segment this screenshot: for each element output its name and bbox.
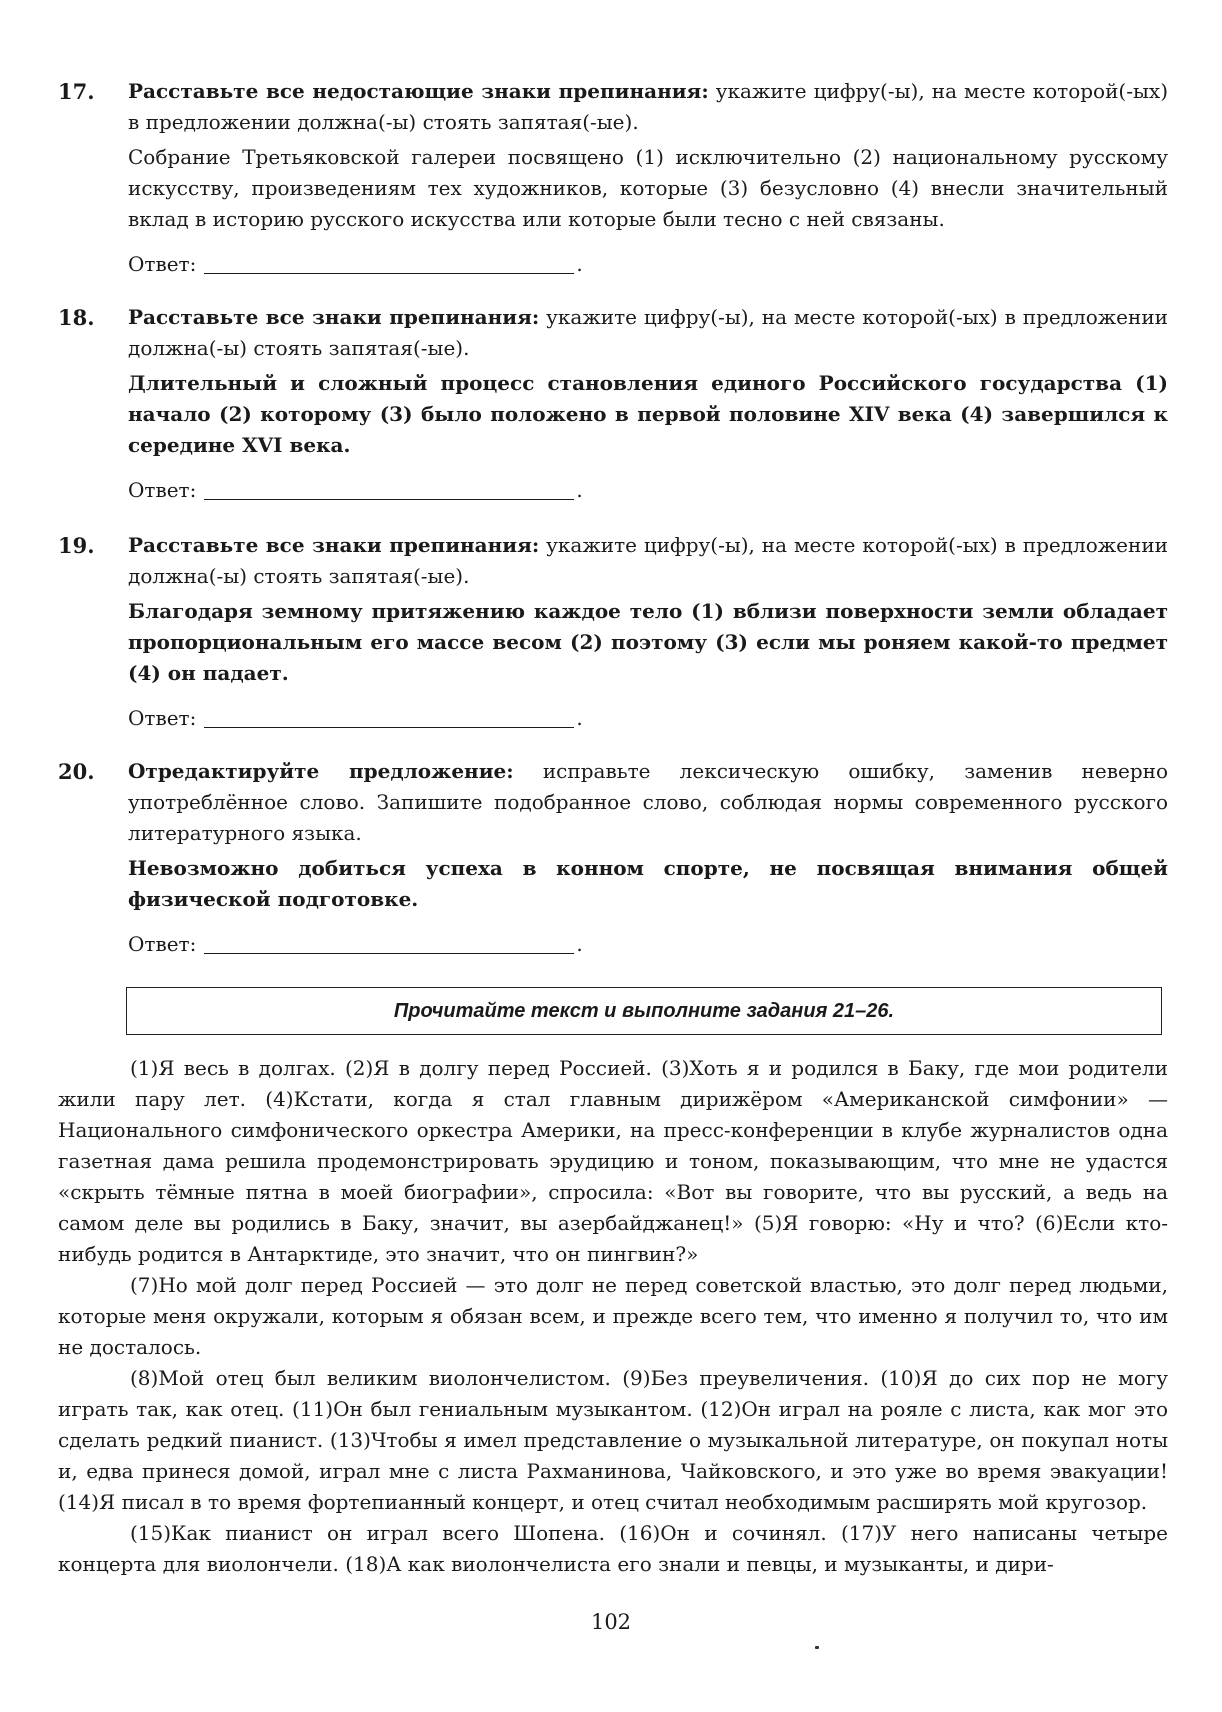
answer-field[interactable] [204,952,574,954]
task-17: 17. Расставьте все недостающие знаки пре… [58,76,1168,280]
instruction-bold: Отредактируйте предложение: [128,759,514,783]
task-instruction: Расставьте все знаки препинания: укажите… [128,302,1168,364]
answer-row: Ответ: . [128,475,1168,506]
task-number: 19. [58,530,95,561]
task-19: 19. Расставьте все знаки препинания: ука… [58,530,1168,734]
task-instruction: Расставьте все недостающие знаки препина… [128,76,1168,138]
task-instruction: Расставьте все знаки препинания: укажите… [128,530,1168,592]
answer-period: . [576,703,582,734]
page-number: 102 [0,1610,1222,1634]
reading-text: (1)Я весь в долгах. (2)Я в долгу перед Р… [58,1053,1168,1580]
instruction-bold: Расставьте все знаки препинания: [128,533,539,557]
task-18: 18. Расставьте все знаки препинания: ука… [58,302,1168,506]
text-paragraph: (15)Как пианист он играл всего Шопена. (… [58,1518,1168,1580]
instruction-bold: Расставьте все недостающие знаки препина… [128,79,709,103]
answer-label: Ответ: [128,929,196,960]
text-paragraph: (1)Я весь в долгах. (2)Я в долгу перед Р… [58,1053,1168,1270]
task-number: 17. [58,76,95,107]
answer-row: Ответ: . [128,929,1168,960]
task-sentence: Длительный и сложный процесс становления… [128,368,1168,461]
answer-label: Ответ: [128,475,196,506]
answer-row: Ответ: . [128,703,1168,734]
task-sentence: Собрание Третьяковской галереи посвящено… [128,142,1168,235]
answer-field[interactable] [204,498,574,500]
task-number: 18. [58,302,95,333]
task-number: 20. [58,756,95,787]
document-page: 17. Расставьте все недостающие знаки пре… [0,0,1222,1712]
answer-period: . [576,249,582,280]
answer-label: Ответ: [128,249,196,280]
text-paragraph: (8)Мой отец был великим виолончелистом. … [58,1363,1168,1518]
instruction-bold: Расставьте все знаки препинания: [128,305,539,329]
text-paragraph: (7)Но мой долг перед Россией — это долг … [58,1270,1168,1363]
answer-label: Ответ: [128,703,196,734]
reading-instruction-banner: Прочитайте текст и выполните задания 21–… [126,987,1162,1035]
task-sentence: Невозможно добиться успеха в конном спор… [128,853,1168,915]
banner-text: Прочитайте текст и выполните задания 21–… [394,1000,894,1023]
task-instruction: Отредактируйте предложение: исправьте ле… [128,756,1168,849]
answer-period: . [576,929,582,960]
task-20: 20. Отредактируйте предложение: исправьт… [58,756,1168,960]
scan-speck [815,1646,819,1649]
answer-period: . [576,475,582,506]
task-sentence: Благодаря земному притяжению каждое тело… [128,596,1168,689]
answer-row: Ответ: . [128,249,1168,280]
answer-field[interactable] [204,726,574,728]
answer-field[interactable] [204,272,574,274]
